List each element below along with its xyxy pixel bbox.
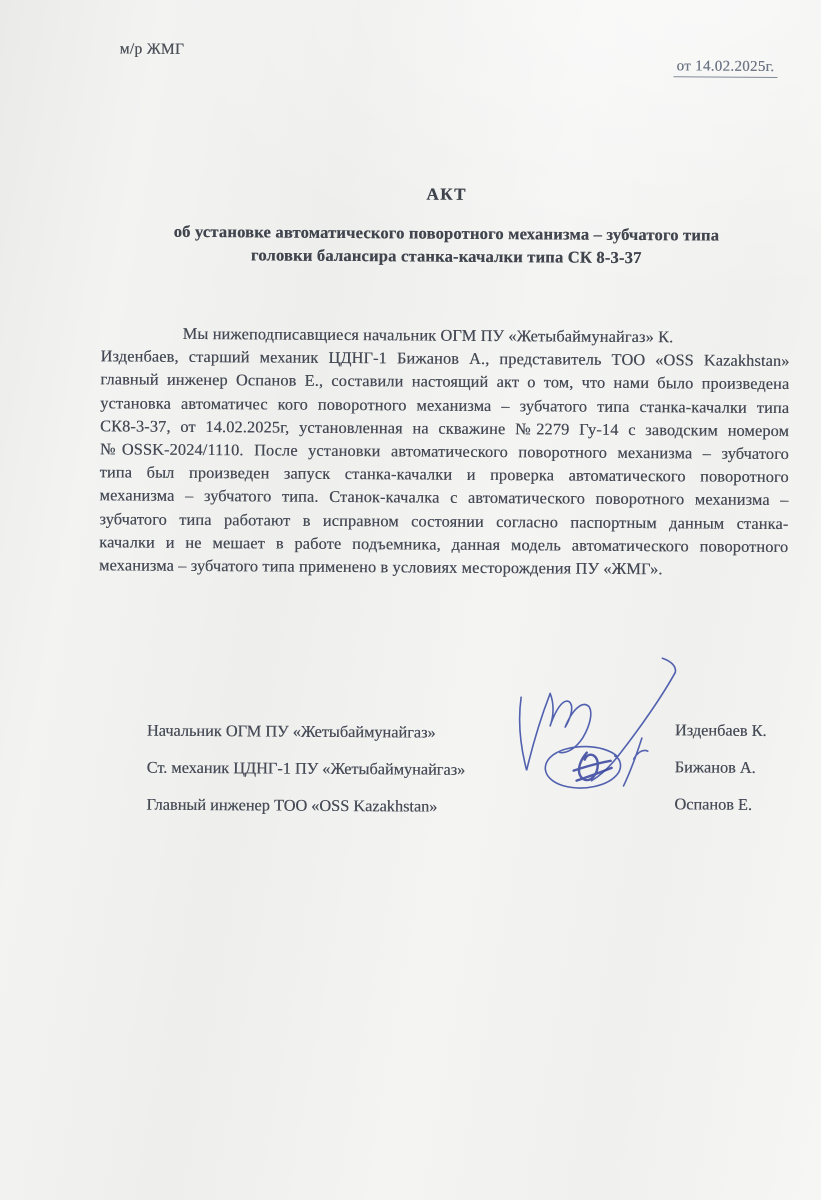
- document-date: от 14.02.2025г.: [673, 58, 777, 78]
- signature-row: Начальник ОГМ ПУ «Жетыбаймунайгаз» Изден…: [147, 721, 787, 745]
- subtitle-line-1: об установке автоматического поворотного…: [101, 219, 791, 247]
- signature-row: Ст. механик ЦДНГ-1 ПУ «Жетыбаймунайгаз» …: [147, 758, 787, 782]
- document-subtitle: об установке автоматического поворотного…: [101, 219, 791, 270]
- body-line: механизма – зубчатого типа применено в у…: [99, 553, 788, 581]
- signer-position: Начальник ОГМ ПУ «Жетыбаймунайгаз»: [147, 721, 436, 742]
- document-content: м/р ЖМГ от 14.02.2025г. АКТ об установке…: [0, 0, 821, 1200]
- document-title: АКТ: [102, 182, 792, 207]
- scanned-document-page: м/р ЖМГ от 14.02.2025г. АКТ об установке…: [0, 0, 821, 1200]
- handwritten-signature: [489, 641, 690, 812]
- document-body: Мы нижеподписавщиеся начальник ОГМ ПУ «Ж…: [99, 321, 790, 581]
- subtitle-line-2: головки балансира станка-качалки типа СК…: [101, 242, 791, 270]
- signer-position: Ст. механик ЦДНГ-1 ПУ «Жетыбаймунайгаз»: [147, 758, 466, 779]
- title-block: АКТ об установке автоматического поворот…: [101, 182, 792, 270]
- signer-position: Главный инженер ТОО «OSS Kazakhstan»: [146, 795, 437, 816]
- field-site-label: м/р ЖМГ: [120, 40, 185, 58]
- signature-row: Главный инженер ТОО «OSS Kazakhstan» Осп…: [146, 795, 786, 819]
